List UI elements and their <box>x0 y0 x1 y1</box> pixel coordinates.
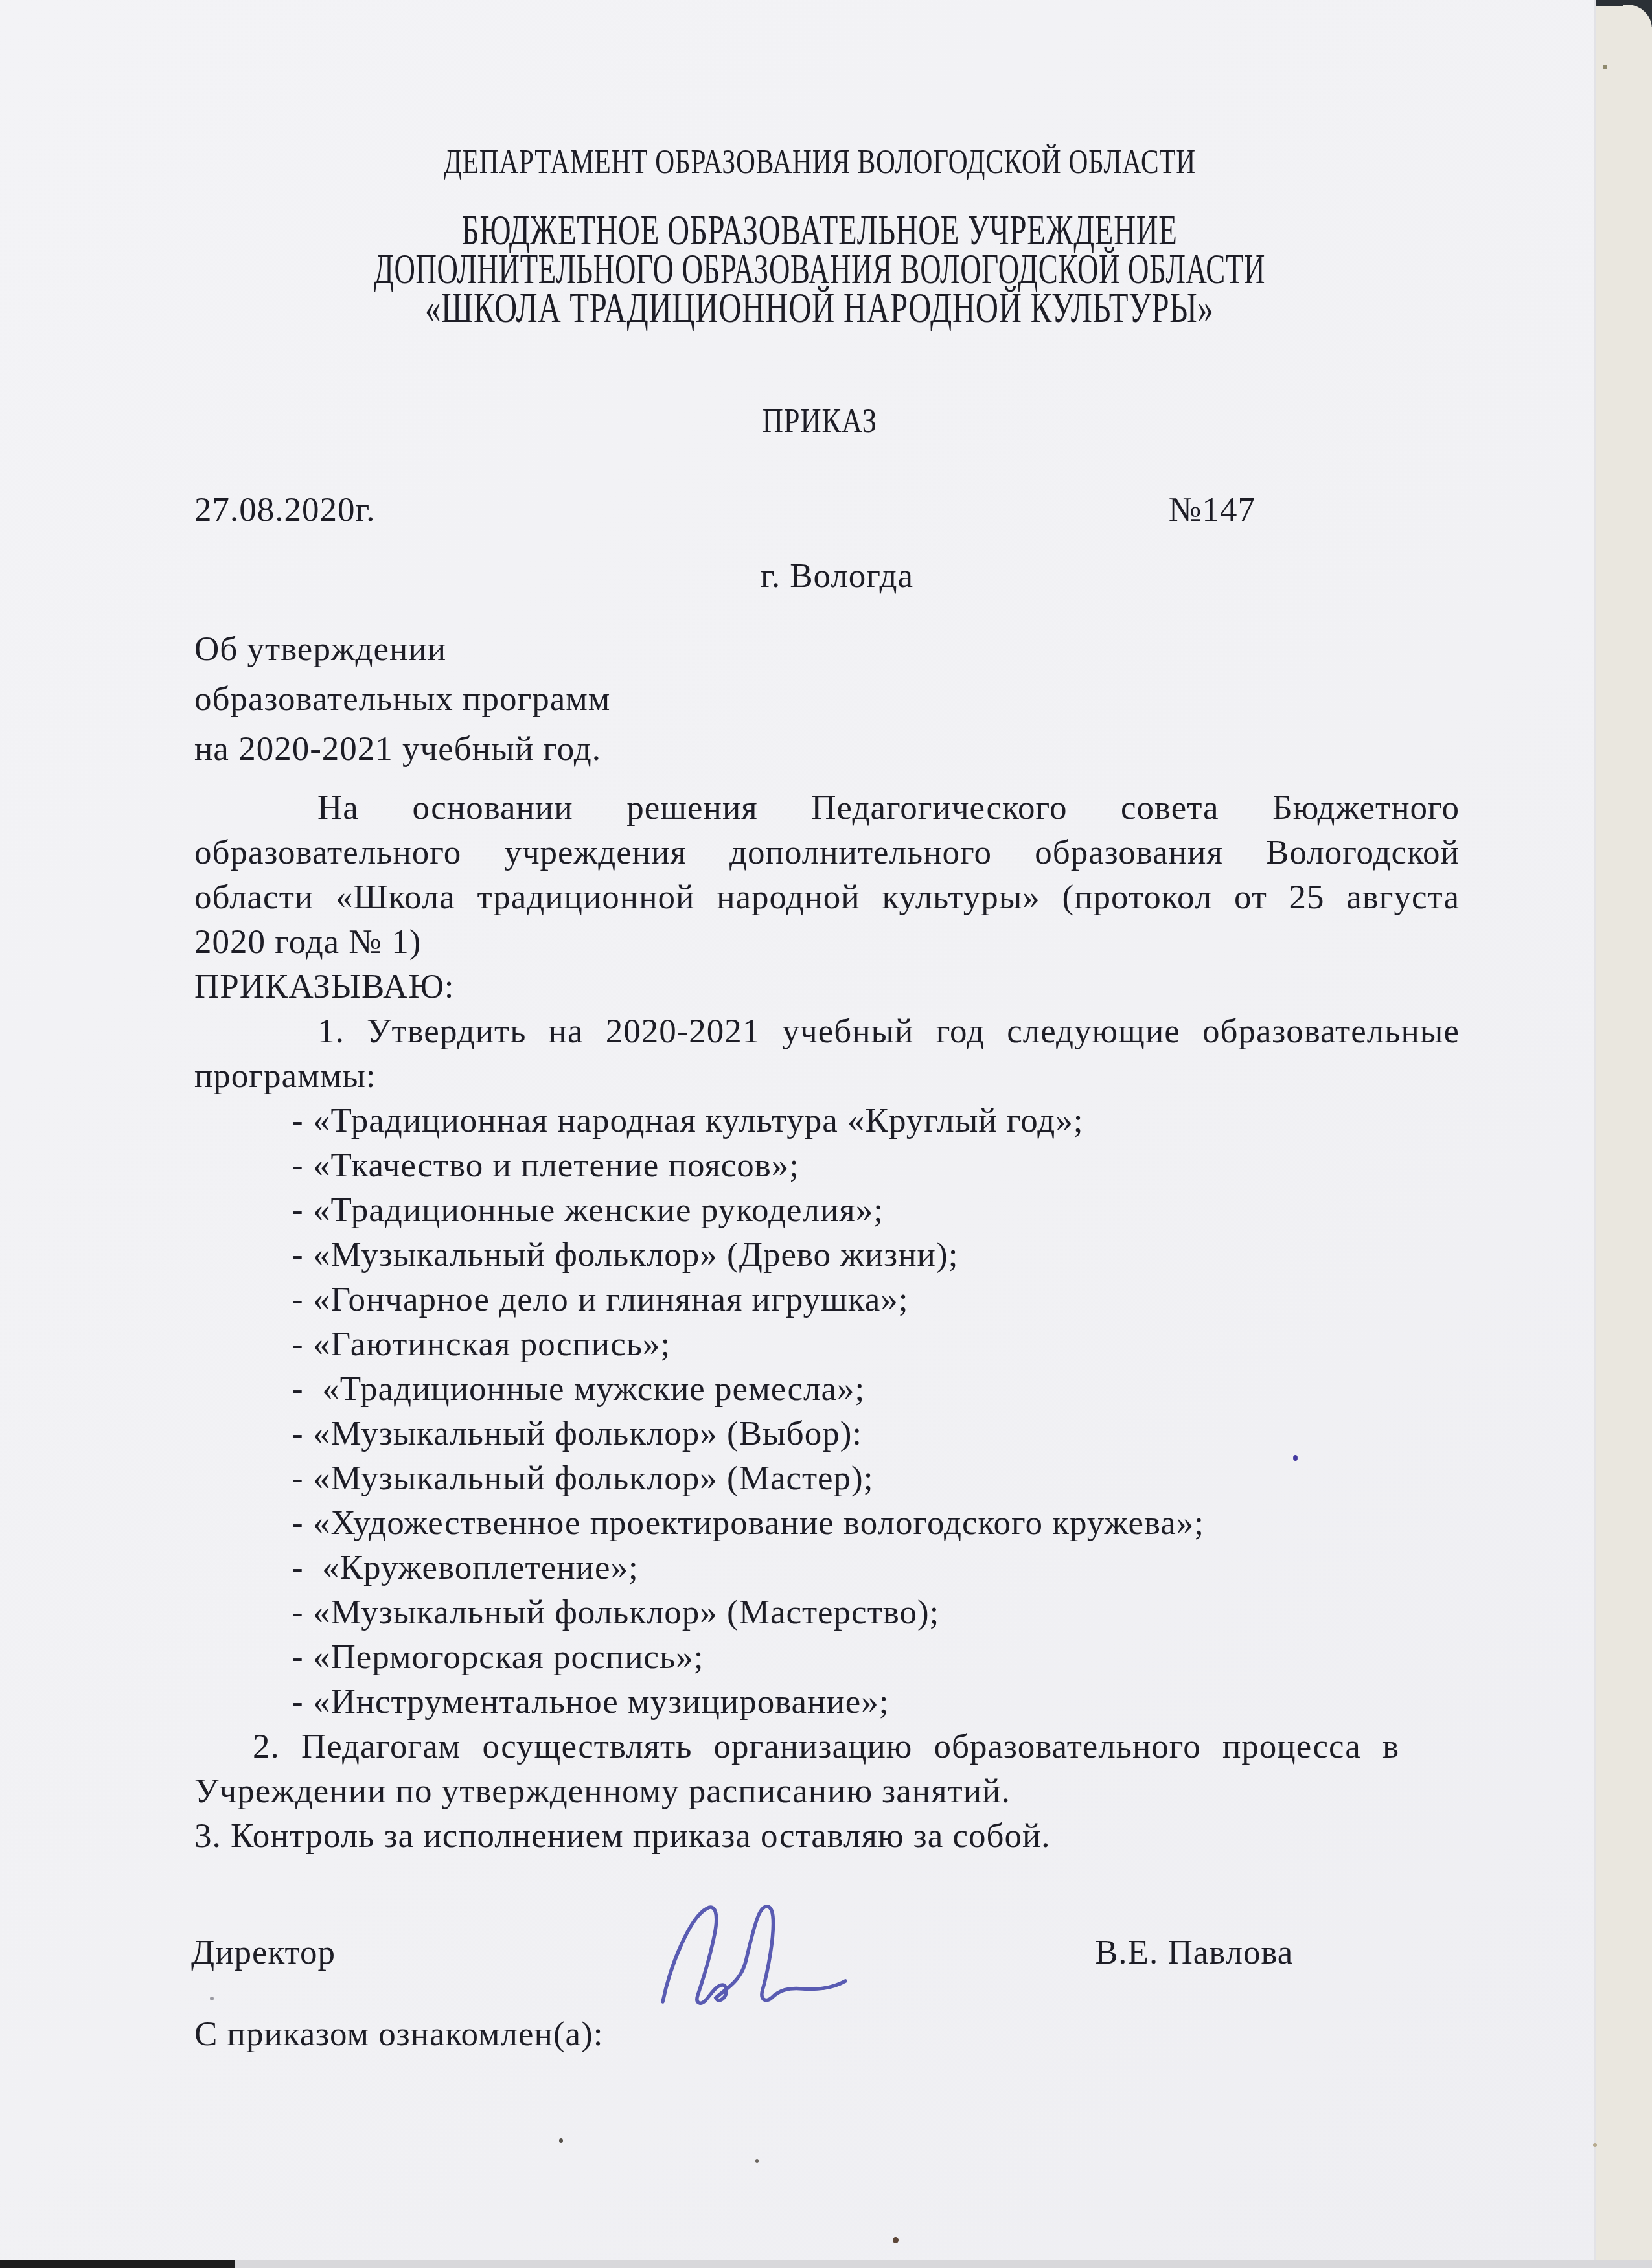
word: учебный <box>783 1009 914 1054</box>
word: августа <box>1346 875 1460 920</box>
scan-bottom-strip <box>0 2260 1652 2268</box>
word: образовательные <box>1202 1009 1460 1054</box>
word: на <box>549 1009 584 1054</box>
scanner-background-band <box>1596 0 1652 2268</box>
word: традиционной <box>477 875 694 920</box>
word: области <box>194 875 314 920</box>
letterhead-department-line: ДЕПАРТАМЕНТ ОБРАЗОВАНИЯ ВОЛОГОДСКОЙ ОБЛА… <box>0 140 1639 185</box>
preamble-line-1: На основании решения Педагогического сов… <box>317 786 1460 830</box>
signer-role: Директор <box>191 1930 336 1975</box>
word: Вологодской <box>1266 830 1460 875</box>
ink-speck <box>1293 1455 1298 1461</box>
program-item: - «Музыкальный фольклор» (Мастерство); <box>292 1590 1204 1635</box>
scan-speck <box>1593 2143 1597 2147</box>
handwritten-signature <box>645 1886 862 2032</box>
resolve-label: ПРИКАЗЫВАЮ: <box>194 965 455 1009</box>
preamble-line-3: области «Школа традиционной народной кул… <box>194 875 1460 920</box>
signer-name: В.Е. Павлова <box>1095 1930 1293 1975</box>
item2-line-1: 2. Педагогам осуществлять организацию об… <box>253 1724 1399 1769</box>
program-item: - «Ткачество и плетение поясов»; <box>292 1143 1204 1188</box>
item3-line: 3. Контроль за исполнением приказа остав… <box>194 1814 1051 1859</box>
word: от <box>1234 875 1267 920</box>
word: совета <box>1121 786 1219 830</box>
word: год <box>936 1009 985 1054</box>
order-title: ПРИКАЗ <box>762 399 877 444</box>
word: решения <box>626 786 757 830</box>
preamble-line-4: 2020 года № 1) <box>194 920 421 965</box>
word: процесса <box>1222 1724 1361 1769</box>
acknowledgement-line: С приказом ознакомлен(а): <box>194 2012 604 2057</box>
program-item: - «Традиционная народная культура «Кругл… <box>292 1099 1204 1143</box>
signature-stroke <box>663 1907 845 2003</box>
word: дополнительного <box>729 830 992 875</box>
word: 25 <box>1289 875 1325 920</box>
scan-speck <box>755 2159 759 2163</box>
program-item: - «Гаютинская роспись»; <box>292 1322 1204 1367</box>
program-item: - «Традиционные мужские ремесла»; <box>292 1367 1204 1412</box>
order-subject: Об утверждении образовательных программ … <box>194 624 610 774</box>
program-item: - «Музыкальный фольклор» (Мастер); <box>292 1456 1204 1501</box>
program-item: - «Музыкальный фольклор» (Древо жизни); <box>292 1233 1204 1277</box>
word: «Школа <box>336 875 455 920</box>
word: основании <box>412 786 573 830</box>
program-item: - «Кружевоплетение»; <box>292 1546 1204 1590</box>
program-item: - «Инструментальное музицирование»; <box>292 1680 1204 1724</box>
subject-line-1: Об утверждении <box>194 624 610 674</box>
program-item: - «Традиционные женские рукоделия»; <box>292 1188 1204 1233</box>
word: Бюджетного <box>1272 786 1460 830</box>
word: На <box>317 786 359 830</box>
program-item: - «Художественное проектирование вологод… <box>292 1501 1204 1546</box>
word: 2020-2021 <box>606 1009 761 1054</box>
word: Педагогического <box>811 786 1067 830</box>
program-list: - «Традиционная народная культура «Кругл… <box>292 1099 1204 1724</box>
order-date: 27.08.2020г. <box>194 488 376 533</box>
word: Утвердить <box>367 1009 526 1054</box>
letterhead-school-name-text: «ШКОЛА ТРАДИЦИОННОЙ НАРОДНОЙ КУЛЬТУРЫ» <box>425 288 1214 330</box>
word: образования <box>1035 830 1223 875</box>
word: учреждения <box>504 830 686 875</box>
letterhead-school-name-line: «ШКОЛА ТРАДИЦИОННОЙ НАРОДНОЙ КУЛЬТУРЫ» <box>0 288 1639 330</box>
letterhead-department-text: ДЕПАРТАМЕНТ ОБРАЗОВАНИЯ ВОЛОГОДСКОЙ ОБЛА… <box>443 140 1195 185</box>
word: образовательного <box>194 830 461 875</box>
word: Педагогам <box>301 1724 461 1769</box>
order-title-line: ПРИКАЗ <box>0 399 1639 444</box>
word: (протокол <box>1062 875 1213 920</box>
word: в <box>1382 1724 1399 1769</box>
word: культуры» <box>882 875 1040 920</box>
scan-speck <box>559 2138 563 2143</box>
preamble-line-2: образовательного учреждения дополнительн… <box>194 830 1460 875</box>
order-city: г. Вологда <box>761 554 913 599</box>
word: 1. <box>317 1009 345 1054</box>
item2-line-2: Учреждении по утвержденному расписанию з… <box>194 1769 1011 1814</box>
subject-line-3: на 2020-2021 учебный год. <box>194 724 610 774</box>
word: следующие <box>1007 1009 1180 1054</box>
program-item: - «Пермогорская роспись»; <box>292 1635 1204 1680</box>
word: народной <box>717 875 860 920</box>
scan-speck <box>210 1997 214 2000</box>
order-number: №147 <box>1169 488 1256 533</box>
scanned-order-document: ДЕПАРТАМЕНТ ОБРАЗОВАНИЯ ВОЛОГОДСКОЙ ОБЛА… <box>0 0 1652 2268</box>
word: организацию <box>714 1724 913 1769</box>
subject-line-2: образовательных программ <box>194 674 610 724</box>
word: осуществлять <box>482 1724 692 1769</box>
program-item: - «Гончарное дело и глиняная игрушка»; <box>292 1277 1204 1322</box>
scan-bottom-black-edge <box>0 2260 235 2268</box>
scan-speck <box>893 2237 899 2243</box>
program-item: - «Музыкальный фольклор» (Выбор): <box>292 1412 1204 1456</box>
scan-speck <box>1603 65 1607 69</box>
word: образовательного <box>934 1724 1201 1769</box>
word: 2. <box>253 1724 280 1769</box>
item1-line-1: 1. Утвердить на 2020-2021 учебный год сл… <box>317 1009 1460 1054</box>
item1-line-2: программы: <box>194 1054 376 1099</box>
